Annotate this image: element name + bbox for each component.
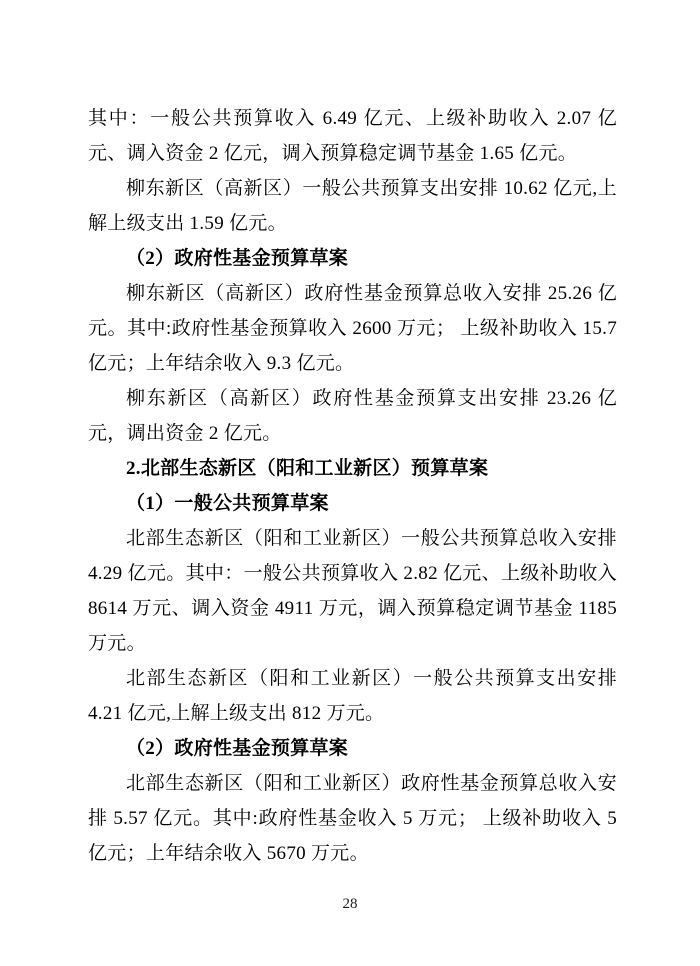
document-body: 其中：一般公共预算收入 6.49 亿元、上级补助收入 2.07 亿元、调入资金 … (88, 101, 617, 871)
paragraph: 柳东新区（高新区）政府性基金预算支出安排 23.26 亿元，调出资金 2 亿元。 (88, 381, 617, 451)
paragraph: 柳东新区（高新区）一般公共预算支出安排 10.62 亿元,上解上级支出 1.59… (88, 171, 617, 241)
document-page: 其中：一般公共预算收入 6.49 亿元、上级补助收入 2.07 亿元、调入资金 … (0, 0, 700, 966)
paragraph: 北部生态新区（阳和工业新区）一般公共预算总收入安排 4.29 亿元。其中：一般公… (88, 521, 617, 661)
paragraph: 其中：一般公共预算收入 6.49 亿元、上级补助收入 2.07 亿元、调入资金 … (88, 101, 617, 171)
section-heading: （1）一般公共预算草案 (88, 486, 617, 521)
paragraph: 北部生态新区（阳和工业新区）一般公共预算支出安排 4.21 亿元,上解上级支出 … (88, 661, 617, 731)
section-heading: 2.北部生态新区（阳和工业新区）预算草案 (88, 451, 617, 486)
section-heading: （2）政府性基金预算草案 (88, 731, 617, 766)
paragraph: 北部生态新区（阳和工业新区）政府性基金预算总收入安排 5.57 亿元。其中:政府… (88, 766, 617, 871)
page-number: 28 (0, 894, 700, 914)
section-heading: （2）政府性基金预算草案 (88, 241, 617, 276)
paragraph: 柳东新区（高新区）政府性基金预算总收入安排 25.26 亿元。其中:政府性基金预… (88, 276, 617, 381)
